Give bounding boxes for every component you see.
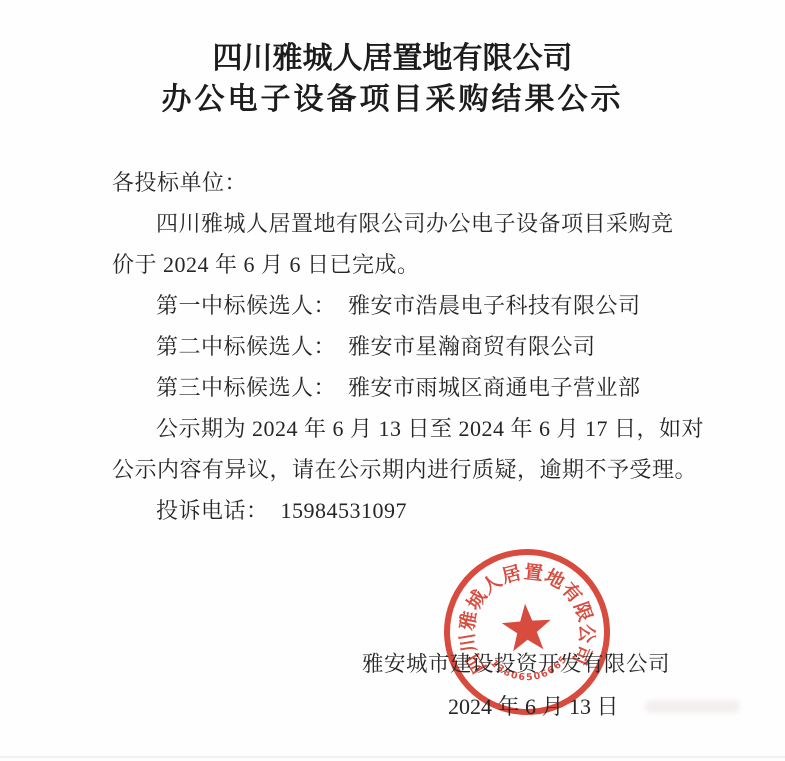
intro-line-1: 四川雅城人居置地有限公司办公电子设备项目采购竞 [112, 203, 687, 244]
notice-line-1: 公示期为 2024 年 6 月 13 日至 2024 年 6 月 17 日，如对 [112, 408, 687, 449]
complaint-line: 投诉电话：15984531097 [112, 490, 687, 531]
title-line-2: 办公电子设备项目采购结果公示 [0, 79, 785, 120]
candidate-row: 第一中标候选人：雅安市浩晨电子科技有限公司 [112, 285, 687, 326]
complaint-phone: 15984531097 [281, 498, 408, 523]
title-line-1: 四川雅城人居置地有限公司 [0, 38, 785, 79]
complaint-label: 投诉电话： [156, 498, 269, 523]
notice-line-2: 公示内容有异议，请在公示期内进行质疑，逾期不予受理。 [112, 449, 687, 490]
intro-line-2: 价于 2024 年 6 月 6 日已完成。 [112, 244, 687, 285]
scanned-document-page: 四川雅城人居置地有限公司 办公电子设备项目采购结果公示 各投标单位： 四川雅城人… [0, 0, 785, 761]
candidate-name: 雅安市星瀚商贸有限公司 [348, 334, 596, 359]
document-title: 四川雅城人居置地有限公司 办公电子设备项目采购结果公示 [0, 38, 785, 120]
ink-smudge [645, 700, 740, 713]
candidate-name: 雅安市浩晨电子科技有限公司 [348, 293, 641, 318]
candidate-label: 第二中标候选人： [156, 334, 336, 359]
signature-company: 雅安城市建设投资开发有限公司 [362, 647, 670, 678]
candidate-row: 第三中标候选人：雅安市雨城区商通电子营业部 [112, 367, 687, 408]
candidate-name: 雅安市雨城区商通电子营业部 [348, 375, 641, 400]
candidate-row: 第二中标候选人：雅安市星瀚商贸有限公司 [112, 326, 687, 367]
seal-star-icon [501, 602, 553, 652]
salutation: 各投标单位： [112, 162, 687, 203]
signature-date: 2024 年 6 月 13 日 [448, 690, 619, 721]
candidate-label: 第一中标候选人： [156, 293, 336, 318]
document-body: 各投标单位： 四川雅城人居置地有限公司办公电子设备项目采购竞 价于 2024 年… [112, 162, 687, 531]
candidate-label: 第三中标候选人： [156, 375, 336, 400]
scan-artifact-line [0, 756, 785, 758]
